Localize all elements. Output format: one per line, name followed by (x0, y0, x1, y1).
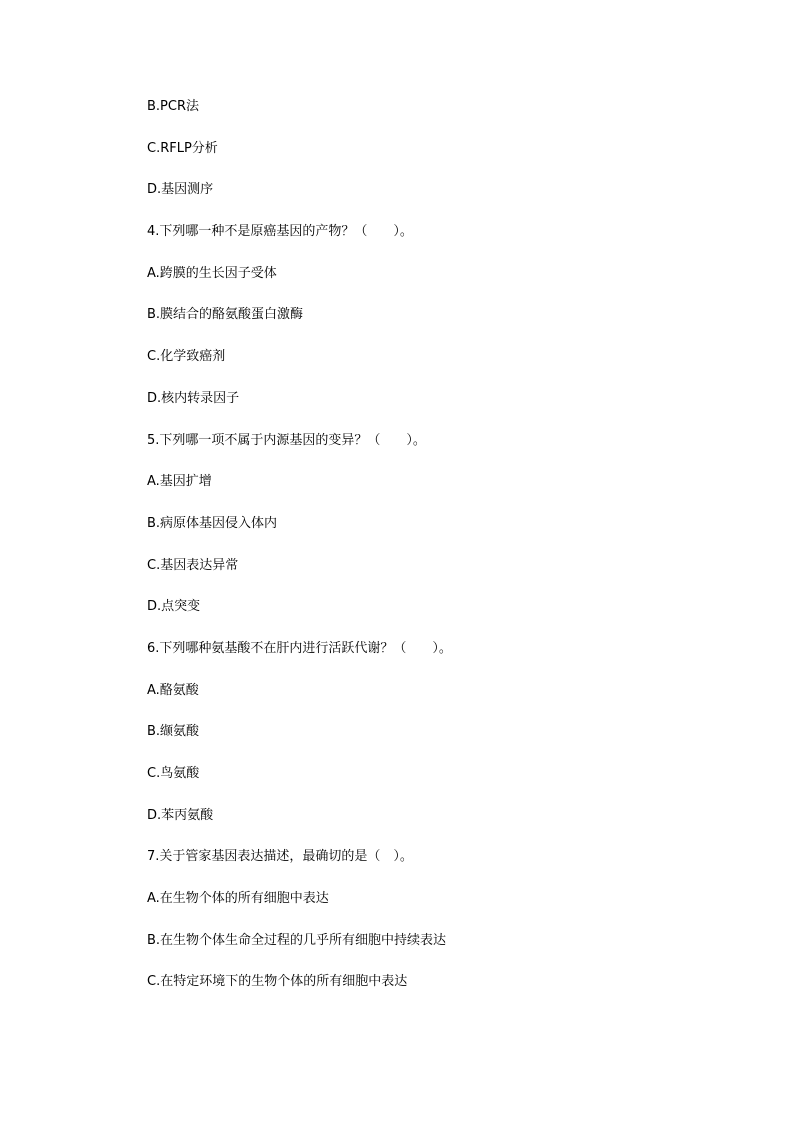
option-q5-a: A.基因扩增 (147, 474, 707, 516)
question-4: 4.下列哪一种不是原癌基因的产物？（ ）。 (147, 224, 707, 266)
option-q6-b: B.缬氨酸 (147, 724, 707, 766)
option-q4-a: A.跨膜的生长因子受体 (147, 266, 707, 308)
option-q6-d: D.苯丙氨酸 (147, 808, 707, 850)
option-q7-b: B.在生物个体生命全过程的几乎所有细胞中持续表达 (147, 933, 707, 975)
option-q5-b: B.病原体基因侵入体内 (147, 516, 707, 558)
option-q4-b: B.膜结合的酪氨酸蛋白激酶 (147, 307, 707, 349)
option-q4-c: C.化学致癌剂 (147, 349, 707, 391)
option-q5-d: D.点突变 (147, 599, 707, 641)
option-q7-c: C.在特定环境下的生物个体的所有细胞中表达 (147, 974, 707, 1016)
question-7: 7.关于管家基因表达描述，最确切的是（ ）。 (147, 849, 707, 891)
option-q6-c: C.鸟氨酸 (147, 766, 707, 808)
option-q5-c: C.基因表达异常 (147, 558, 707, 600)
option-q3-b: B.PCR法 (147, 99, 707, 141)
question-5: 5.下列哪一项不属于内源基因的变异？（ ）。 (147, 433, 707, 475)
option-q7-a: A.在生物个体的所有细胞中表达 (147, 891, 707, 933)
option-q3-c: C.RFLP分析 (147, 141, 707, 183)
option-q3-d: D.基因测序 (147, 182, 707, 224)
option-q4-d: D.核内转录因子 (147, 391, 707, 433)
option-q6-a: A.酪氨酸 (147, 683, 707, 725)
question-6: 6.下列哪种氨基酸不在肝内进行活跃代谢？（ ）。 (147, 641, 707, 683)
document-page: B.PCR法 C.RFLP分析 D.基因测序 4.下列哪一种不是原癌基因的产物？… (147, 99, 707, 1016)
